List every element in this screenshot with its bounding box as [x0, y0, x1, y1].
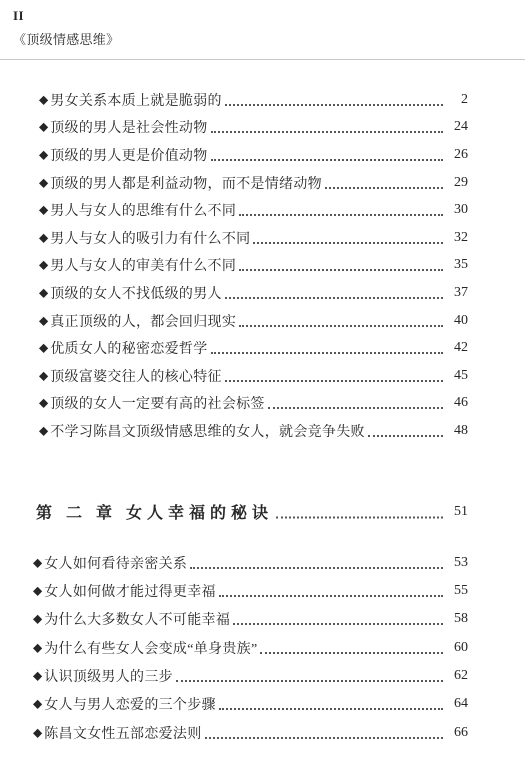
- diamond-bullet-icon: ◆: [39, 120, 48, 134]
- toc-entry-title: 真正顶级的人，都会回归现实: [50, 311, 236, 331]
- dot-leader: [190, 567, 443, 569]
- toc-entry-page: 53: [447, 555, 468, 571]
- toc-entry-title: 陈昌文女性五部恋爱法则: [44, 723, 201, 743]
- toc-entry-page: 66: [447, 725, 468, 741]
- diamond-bullet-icon: ◆: [33, 640, 42, 654]
- chapter2-entry-list: ◆ 女人如何看待亲密关系 53 ◆ 女人如何做才能过得更幸福 55 ◆ 为什么大…: [0, 549, 525, 747]
- toc-entry-page: 32: [447, 230, 468, 246]
- dot-leader: [219, 595, 443, 597]
- toc-entry: ◆ 男人与女人的思维有什么不同 30: [39, 196, 468, 224]
- toc-entry-title: 男女关系本质上就是脆弱的: [50, 90, 222, 110]
- diamond-bullet-icon: ◆: [33, 669, 42, 683]
- toc-entry-page: 35: [447, 257, 468, 273]
- toc-entry: ◆ 女人如何看待亲密关系 53: [33, 549, 468, 577]
- toc-entry-page: 37: [447, 285, 468, 301]
- page-number-roman: II: [13, 6, 525, 25]
- toc-entry: ◆ 不学习陈昌文顶级情感思维的女人，就会竞争失败 48: [39, 417, 468, 445]
- toc-entry: ◆ 顶级的男人更是价值动物 26: [39, 141, 468, 169]
- toc-entry-page: 30: [447, 202, 468, 218]
- dot-leader: [368, 435, 443, 437]
- toc-entry-page: 48: [447, 423, 468, 439]
- toc-entry-title: 顶级富婆交往人的核心特征: [50, 366, 222, 386]
- dot-leader: [253, 242, 443, 244]
- toc-entry: ◆ 认识顶级男人的三步 62: [33, 662, 468, 690]
- toc-entry-page: 60: [447, 640, 468, 656]
- toc-entry: ◆ 男人与女人的吸引力有什么不同 32: [39, 224, 468, 252]
- toc-entry-page: 40: [447, 313, 468, 329]
- toc-entry-page: 64: [447, 696, 468, 712]
- dot-leader: [211, 352, 443, 354]
- dot-leader: [211, 131, 443, 133]
- dot-leader: [239, 214, 443, 216]
- toc-entry: ◆ 顶级的男人都是利益动物，而不是情绪动物 29: [39, 169, 468, 197]
- dot-leader: [205, 737, 443, 739]
- header-divider-line: [0, 59, 525, 60]
- diamond-bullet-icon: ◆: [39, 396, 48, 410]
- toc-entry-title: 为什么大多数女人不可能幸福: [44, 609, 230, 629]
- toc-entry-page: 55: [447, 583, 468, 599]
- toc-entry: ◆ 男人与女人的审美有什么不同 35: [39, 252, 468, 280]
- dot-leader: [239, 325, 443, 327]
- diamond-bullet-icon: ◆: [39, 258, 48, 272]
- toc-entry-page: 29: [447, 175, 468, 191]
- toc-entry: ◆ 为什么大多数女人不可能幸福 58: [33, 605, 468, 633]
- diamond-bullet-icon: ◆: [39, 368, 48, 382]
- toc-entry: ◆ 顶级富婆交往人的核心特征 45: [39, 362, 468, 390]
- diamond-bullet-icon: ◆: [39, 285, 48, 299]
- diamond-bullet-icon: ◆: [39, 92, 48, 106]
- toc-entry: ◆ 顶级的男人是社会性动物 24: [39, 114, 468, 142]
- toc-entry: ◆ 真正顶级的人，都会回归现实 40: [39, 307, 468, 335]
- chapter2-heading-row: 第 二 章 女人幸福的秘诀 51: [0, 498, 525, 526]
- toc-entry-page: 24: [447, 119, 468, 135]
- chapter1-entry-list: ◆ 男女关系本质上就是脆弱的 2 ◆ 顶级的男人是社会性动物 24 ◆ 顶级的男…: [0, 86, 525, 445]
- toc-page: II 《顶级情感思维》 ◆ 男女关系本质上就是脆弱的 2 ◆ 顶级的男人是社会性…: [0, 0, 525, 764]
- toc-entry: ◆ 陈昌文女性五部恋爱法则 66: [33, 719, 468, 747]
- dot-leader: [268, 407, 443, 409]
- toc-entry-title: 女人如何看待亲密关系: [44, 553, 187, 573]
- diamond-bullet-icon: ◆: [39, 230, 48, 244]
- diamond-bullet-icon: ◆: [33, 584, 42, 598]
- dot-leader: [211, 159, 443, 161]
- diamond-bullet-icon: ◆: [39, 147, 48, 161]
- page-header: II 《顶级情感思维》: [0, 0, 525, 49]
- diamond-bullet-icon: ◆: [39, 423, 48, 437]
- toc-entry: ◆ 顶级的女人一定要有高的社会标签 46: [39, 390, 468, 418]
- toc-entry-title: 认识顶级男人的三步: [44, 666, 173, 686]
- toc-entry-title: 男人与女人的审美有什么不同: [50, 255, 236, 275]
- toc-entry-page: 45: [447, 368, 468, 384]
- toc-entry-title: 男人与女人的思维有什么不同: [50, 200, 236, 220]
- diamond-bullet-icon: ◆: [33, 697, 42, 711]
- diamond-bullet-icon: ◆: [33, 725, 42, 739]
- toc-entry-title: 顶级的男人更是价值动物: [50, 145, 207, 165]
- chapter2-heading-page: 51: [447, 504, 468, 520]
- toc-entry-page: 42: [447, 340, 468, 356]
- toc-entry-title: 顶级的男人是社会性动物: [50, 117, 207, 137]
- toc-entry-title: 为什么有些女人会变成“单身贵族”: [44, 638, 257, 658]
- toc-entry-title: 女人如何做才能过得更幸福: [44, 581, 216, 601]
- diamond-bullet-icon: ◆: [33, 555, 42, 569]
- toc-entry: ◆ 顶级的女人不找低级的男人 37: [39, 279, 468, 307]
- toc-entry-page: 62: [447, 668, 468, 684]
- dot-leader: [325, 187, 443, 189]
- toc-entry: ◆ 女人与男人恋爱的三个步骤 64: [33, 690, 468, 718]
- diamond-bullet-icon: ◆: [39, 175, 48, 189]
- book-title: 《顶级情感思维》: [13, 30, 525, 49]
- toc-entry: ◆ 男女关系本质上就是脆弱的 2: [39, 86, 468, 114]
- diamond-bullet-icon: ◆: [39, 203, 48, 217]
- dot-leader: [233, 623, 443, 625]
- toc-entry-page: 58: [447, 611, 468, 627]
- toc-entry-title: 优质女人的秘密恋爱哲学: [50, 338, 207, 358]
- dot-leader: [225, 380, 443, 382]
- toc-entry: ◆ 女人如何做才能过得更幸福 55: [33, 577, 468, 605]
- dot-leader: [225, 104, 443, 106]
- toc-entry-page: 2: [447, 92, 468, 108]
- toc-entry-title: 男人与女人的吸引力有什么不同: [50, 228, 250, 248]
- toc-entry: ◆ 优质女人的秘密恋爱哲学 42: [39, 334, 468, 362]
- toc-entry-title: 顶级的男人都是利益动物，而不是情绪动物: [50, 173, 322, 193]
- dot-leader: [276, 516, 443, 518]
- dot-leader: [225, 297, 443, 299]
- dot-leader: [260, 652, 443, 654]
- toc-entry-page: 46: [447, 395, 468, 411]
- toc-entry-title: 顶级的女人不找低级的男人: [50, 283, 222, 303]
- toc-entry-title: 女人与男人恋爱的三个步骤: [44, 694, 216, 714]
- dot-leader: [239, 269, 443, 271]
- dot-leader: [219, 708, 443, 710]
- toc-entry-title: 顶级的女人一定要有高的社会标签: [50, 393, 265, 413]
- diamond-bullet-icon: ◆: [33, 612, 42, 626]
- diamond-bullet-icon: ◆: [39, 313, 48, 327]
- diamond-bullet-icon: ◆: [39, 341, 48, 355]
- toc-entry: ◆ 为什么有些女人会变成“单身贵族” 60: [33, 634, 468, 662]
- toc-entry-title: 不学习陈昌文顶级情感思维的女人，就会竞争失败: [50, 421, 365, 441]
- dot-leader: [176, 680, 443, 682]
- toc-entry-page: 26: [447, 147, 468, 163]
- chapter2-heading-label: 第 二 章 女人幸福的秘诀: [36, 500, 273, 523]
